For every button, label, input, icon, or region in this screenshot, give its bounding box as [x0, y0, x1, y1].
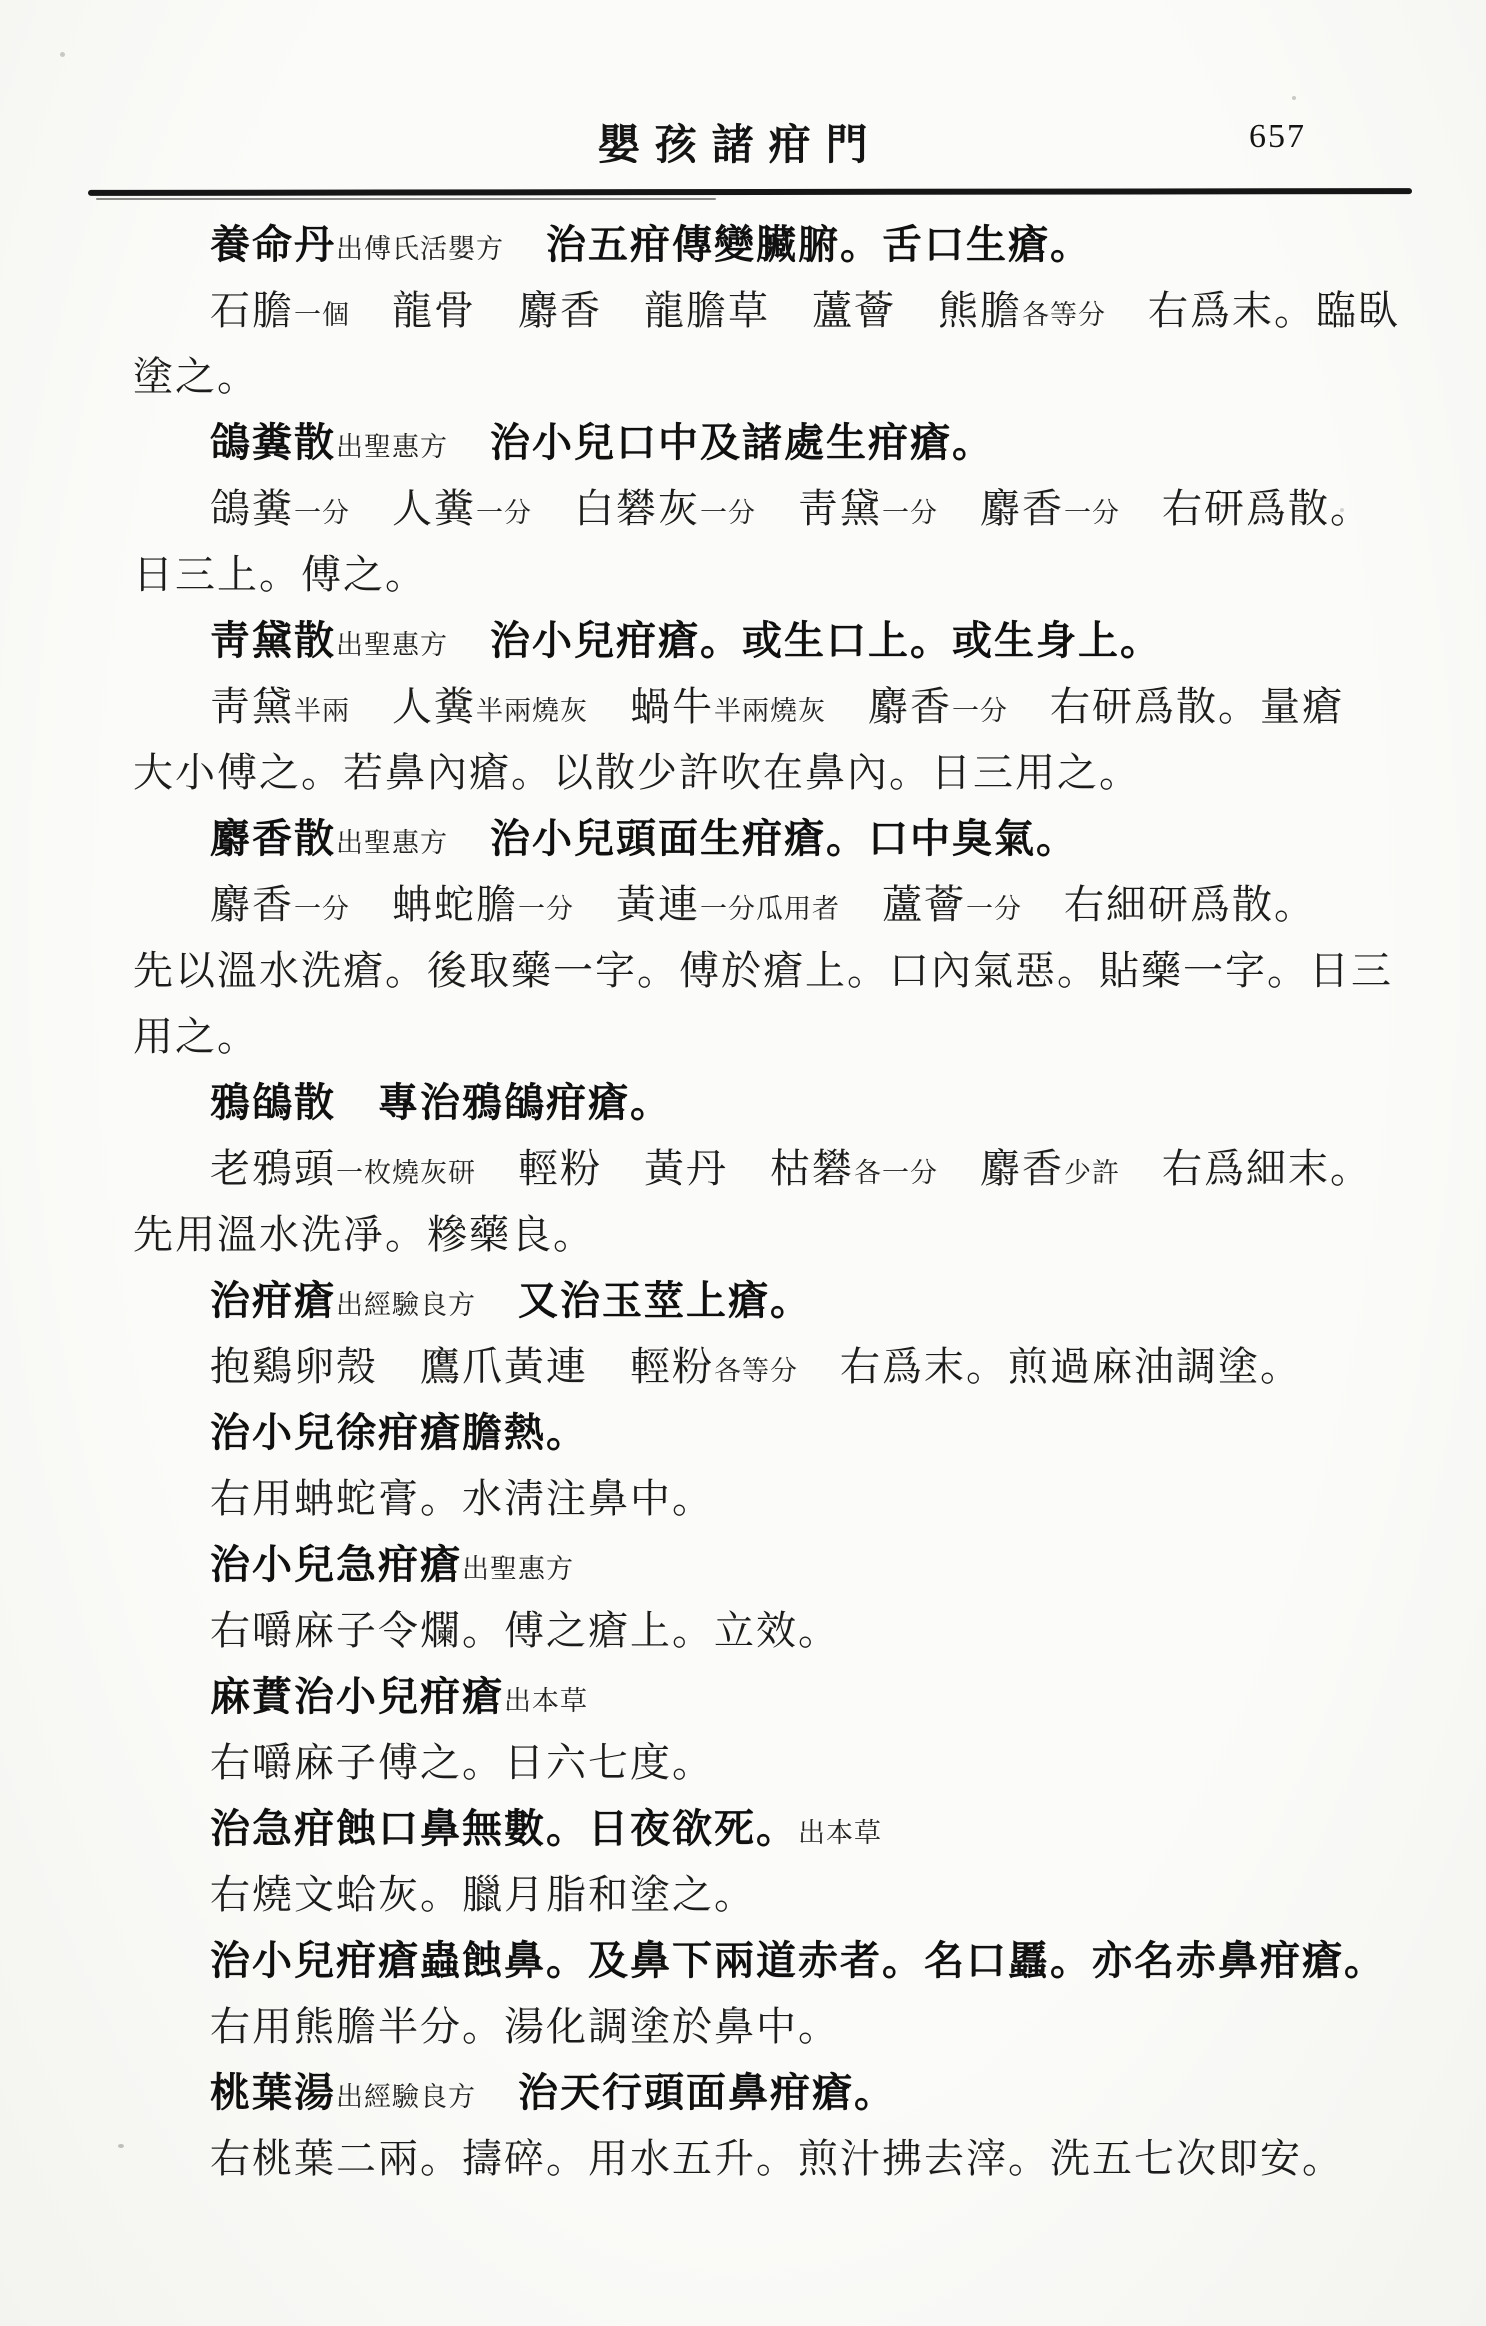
heading-text: 鴉鵮散 專治鴉鵮疳瘡。	[210, 1080, 672, 1125]
annotation-text: 一分	[294, 498, 350, 528]
heading-text: 治小兒疳瘡蟲蝕鼻。及鼻下兩道赤者。名口䘌。亦名赤鼻疳瘡。	[210, 1938, 1386, 1983]
body-text: 右研爲散。	[1120, 486, 1372, 531]
annotation-text: 各一分	[854, 1158, 938, 1188]
body-text: 人糞	[350, 486, 476, 531]
body-text: 右嚼麻子傅之。日六七度。	[210, 1740, 714, 1785]
body-text: 右桃葉二兩。擣碎。用水五升。煎汁拂去滓。洗五七次即安。	[210, 2136, 1344, 2181]
annotation-text: 出聖惠方	[336, 432, 448, 462]
page-header-title: 嬰孩諸疳門	[598, 112, 883, 172]
scan-speck	[1340, 508, 1344, 512]
annotation-text: 一分	[700, 498, 756, 528]
body-text: 用之。	[133, 1014, 259, 1059]
text-line: 鴿糞一分 人糞一分 白礬灰一分 靑黛一分 麝香一分 右研爲散。	[133, 476, 1406, 542]
body-text: 麝香	[938, 1146, 1064, 1191]
body-text: 麝香	[210, 882, 294, 927]
text-line: 治小兒徐疳瘡膽熱。	[133, 1400, 1406, 1466]
heading-text: 治天行頭面鼻疳瘡。	[476, 2070, 896, 2115]
text-line: 塗之。	[133, 344, 1406, 410]
text-line: 右用蚺蛇膏。水淸注鼻中。	[133, 1466, 1406, 1532]
body-text: 老鴉頭	[210, 1146, 336, 1191]
annotation-text: 半兩	[294, 696, 350, 726]
text-line: 右用熊膽半分。湯化調塗於鼻中。	[133, 1994, 1406, 2060]
page-number: 657	[1249, 118, 1306, 156]
body-text: 人糞	[350, 684, 476, 729]
annotation-text: 半兩燒灰	[476, 696, 588, 726]
heading-text: 治急疳蝕口鼻無數。日夜欲死。	[210, 1806, 798, 1851]
heading-text: 鴿糞散	[210, 420, 336, 465]
annotation-text: 一分瓜用者	[700, 894, 840, 924]
body-text: 右用蚺蛇膏。水淸注鼻中。	[210, 1476, 714, 1521]
text-line: 麻蕡治小兒疳瘡出本草	[133, 1664, 1406, 1730]
annotation-text: 出傅氏活嬰方	[336, 234, 504, 264]
scan-speck	[118, 2144, 124, 2148]
annotation-text: 一分	[476, 498, 532, 528]
text-line: 右嚼麻子傅之。日六七度。	[133, 1730, 1406, 1796]
annotation-text: 一個	[294, 300, 350, 330]
text-line: 用之。	[133, 1004, 1406, 1070]
body-text: 右嚼麻子令爛。傅之瘡上。立效。	[210, 1608, 840, 1653]
text-line: 養命丹出傅氏活嬰方 治五疳傳變臟腑。舌口生瘡。	[133, 212, 1406, 278]
heading-text: 又治玉莖上瘡。	[476, 1278, 812, 1323]
heading-text: 桃葉湯	[210, 2070, 336, 2115]
text-line: 大小傅之。若鼻內瘡。以散少許吹在鼻內。日三用之。	[133, 740, 1406, 806]
text-line: 石膽一個 龍骨 麝香 龍膽草 蘆薈 熊膽各等分 右爲末。臨臥	[133, 278, 1406, 344]
annotation-text: 一分	[882, 498, 938, 528]
heading-text: 治五疳傳變臟腑。舌口生瘡。	[504, 222, 1092, 267]
heading-text: 養命丹	[210, 222, 336, 267]
heading-text: 治小兒徐疳瘡膽熱。	[210, 1410, 588, 1455]
heading-text: 麻蕡治小兒疳瘡	[210, 1674, 504, 1719]
annotation-text: 一分	[1064, 498, 1120, 528]
scan-speck	[60, 52, 65, 57]
body-text: 黃連	[574, 882, 700, 927]
body-text: 石膽	[210, 288, 294, 333]
body-text: 抱鷄卵殼 鷹爪黃連 輕粉	[210, 1344, 714, 1389]
body-text: 麝香	[938, 486, 1064, 531]
annotation-text: 一分	[518, 894, 574, 924]
text-line: 右桃葉二兩。擣碎。用水五升。煎汁拂去滓。洗五七次即安。	[133, 2126, 1406, 2192]
text-line: 治急疳蝕口鼻無數。日夜欲死。出本草	[133, 1796, 1406, 1862]
annotation-text: 一分	[966, 894, 1022, 924]
text-line: 鴉鵮散 專治鴉鵮疳瘡。	[133, 1070, 1406, 1136]
body-text: 右用熊膽半分。湯化調塗於鼻中。	[210, 2004, 840, 2049]
body-text: 白礬灰	[532, 486, 700, 531]
body-text: 右燒文蛤灰。臘月脂和塗之。	[210, 1872, 756, 1917]
body-text: 蝸牛	[588, 684, 714, 729]
body-text: 大小傅之。若鼻內瘡。以散少許吹在鼻內。日三用之。	[133, 750, 1141, 795]
body-text: 輕粉 黃丹 枯礬	[476, 1146, 854, 1191]
text-line: 治小兒急疳瘡出聖惠方	[133, 1532, 1406, 1598]
body-text: 右爲細末。	[1120, 1146, 1372, 1191]
scan-speck	[1292, 96, 1296, 100]
body-text: 蘆薈	[840, 882, 966, 927]
text-line: 治疳瘡出經驗良方 又治玉莖上瘡。	[133, 1268, 1406, 1334]
annotation-text: 一分	[952, 696, 1008, 726]
annotation-text: 出聖惠方	[336, 630, 448, 660]
text-line: 右燒文蛤灰。臘月脂和塗之。	[133, 1862, 1406, 1928]
header-rule	[88, 188, 1412, 196]
heading-text: 治疳瘡	[210, 1278, 336, 1323]
body-text: 日三上。傅之。	[133, 552, 427, 597]
annotation-text: 少許	[1064, 1158, 1120, 1188]
body-text: 先以溫水洗瘡。後取藥一字。傅於瘡上。口內氣惡。貼藥一字。日三	[133, 948, 1393, 993]
body-text: 靑黛	[756, 486, 882, 531]
body-text: 塗之。	[133, 354, 259, 399]
annotation-text: 一枚燒灰研	[336, 1158, 476, 1188]
annotation-text: 各等分	[714, 1356, 798, 1386]
text-line: 治小兒疳瘡蟲蝕鼻。及鼻下兩道赤者。名口䘌。亦名赤鼻疳瘡。	[133, 1928, 1406, 1994]
body-text: 右爲末。臨臥	[1106, 288, 1400, 333]
body-text: 麝香	[826, 684, 952, 729]
annotation-text: 出經驗良方	[336, 1290, 476, 1320]
annotation-text: 出聖惠方	[336, 828, 448, 858]
heading-text: 麝香散	[210, 816, 336, 861]
text-line: 靑黛散出聖惠方 治小兒疳瘡。或生口上。或生身上。	[133, 608, 1406, 674]
heading-text: 治小兒口中及諸處生疳瘡。	[448, 420, 994, 465]
annotation-text: 半兩燒灰	[714, 696, 826, 726]
annotation-text: 出經驗良方	[336, 2082, 476, 2112]
heading-text: 治小兒急疳瘡	[210, 1542, 462, 1587]
text-line: 鴿糞散出聖惠方 治小兒口中及諸處生疳瘡。	[133, 410, 1406, 476]
text-line: 右嚼麻子令爛。傅之瘡上。立效。	[133, 1598, 1406, 1664]
text-body: 養命丹出傅氏活嬰方 治五疳傳變臟腑。舌口生瘡。石膽一個 龍骨 麝香 龍膽草 蘆薈…	[133, 212, 1406, 2192]
text-line: 抱鷄卵殼 鷹爪黃連 輕粉各等分 右爲末。煎過麻油調塗。	[133, 1334, 1406, 1400]
text-line: 日三上。傅之。	[133, 542, 1406, 608]
text-line: 靑黛半兩 人糞半兩燒灰 蝸牛半兩燒灰 麝香一分 右研爲散。量瘡	[133, 674, 1406, 740]
annotation-text: 出聖惠方	[462, 1554, 574, 1584]
heading-text: 治小兒疳瘡。或生口上。或生身上。	[448, 618, 1162, 663]
annotation-text: 各等分	[1022, 300, 1106, 330]
body-text: 先用溫水洗凈。糝藥良。	[133, 1212, 595, 1257]
header-rule-echo	[96, 198, 716, 200]
heading-text: 治小兒頭面生疳瘡。口中臭氣。	[448, 816, 1078, 861]
text-line: 老鴉頭一枚燒灰研 輕粉 黃丹 枯礬各一分 麝香少許 右爲細末。	[133, 1136, 1406, 1202]
page-header: 嬰孩諸疳門 657	[0, 112, 1486, 172]
body-text: 龍骨 麝香 龍膽草 蘆薈 熊膽	[350, 288, 1022, 333]
body-text: 靑黛	[210, 684, 294, 729]
body-text: 右爲末。煎過麻油調塗。	[798, 1344, 1302, 1389]
text-line: 先以溫水洗瘡。後取藥一字。傅於瘡上。口內氣惡。貼藥一字。日三	[133, 938, 1406, 1004]
annotation-text: 出本草	[504, 1686, 588, 1716]
body-text: 右研爲散。量瘡	[1008, 684, 1344, 729]
body-text: 右細研爲散。	[1022, 882, 1316, 927]
text-line: 麝香散出聖惠方 治小兒頭面生疳瘡。口中臭氣。	[133, 806, 1406, 872]
text-line: 先用溫水洗凈。糝藥良。	[133, 1202, 1406, 1268]
heading-text: 靑黛散	[210, 618, 336, 663]
book-page: 嬰孩諸疳門 657 養命丹出傅氏活嬰方 治五疳傳變臟腑。舌口生瘡。石膽一個 龍骨…	[0, 0, 1486, 2326]
text-line: 桃葉湯出經驗良方 治天行頭面鼻疳瘡。	[133, 2060, 1406, 2126]
annotation-text: 一分	[294, 894, 350, 924]
text-line: 麝香一分 蚺蛇膽一分 黃連一分瓜用者 蘆薈一分 右細研爲散。	[133, 872, 1406, 938]
annotation-text: 出本草	[798, 1818, 882, 1848]
body-text: 鴿糞	[210, 486, 294, 531]
body-text: 蚺蛇膽	[350, 882, 518, 927]
